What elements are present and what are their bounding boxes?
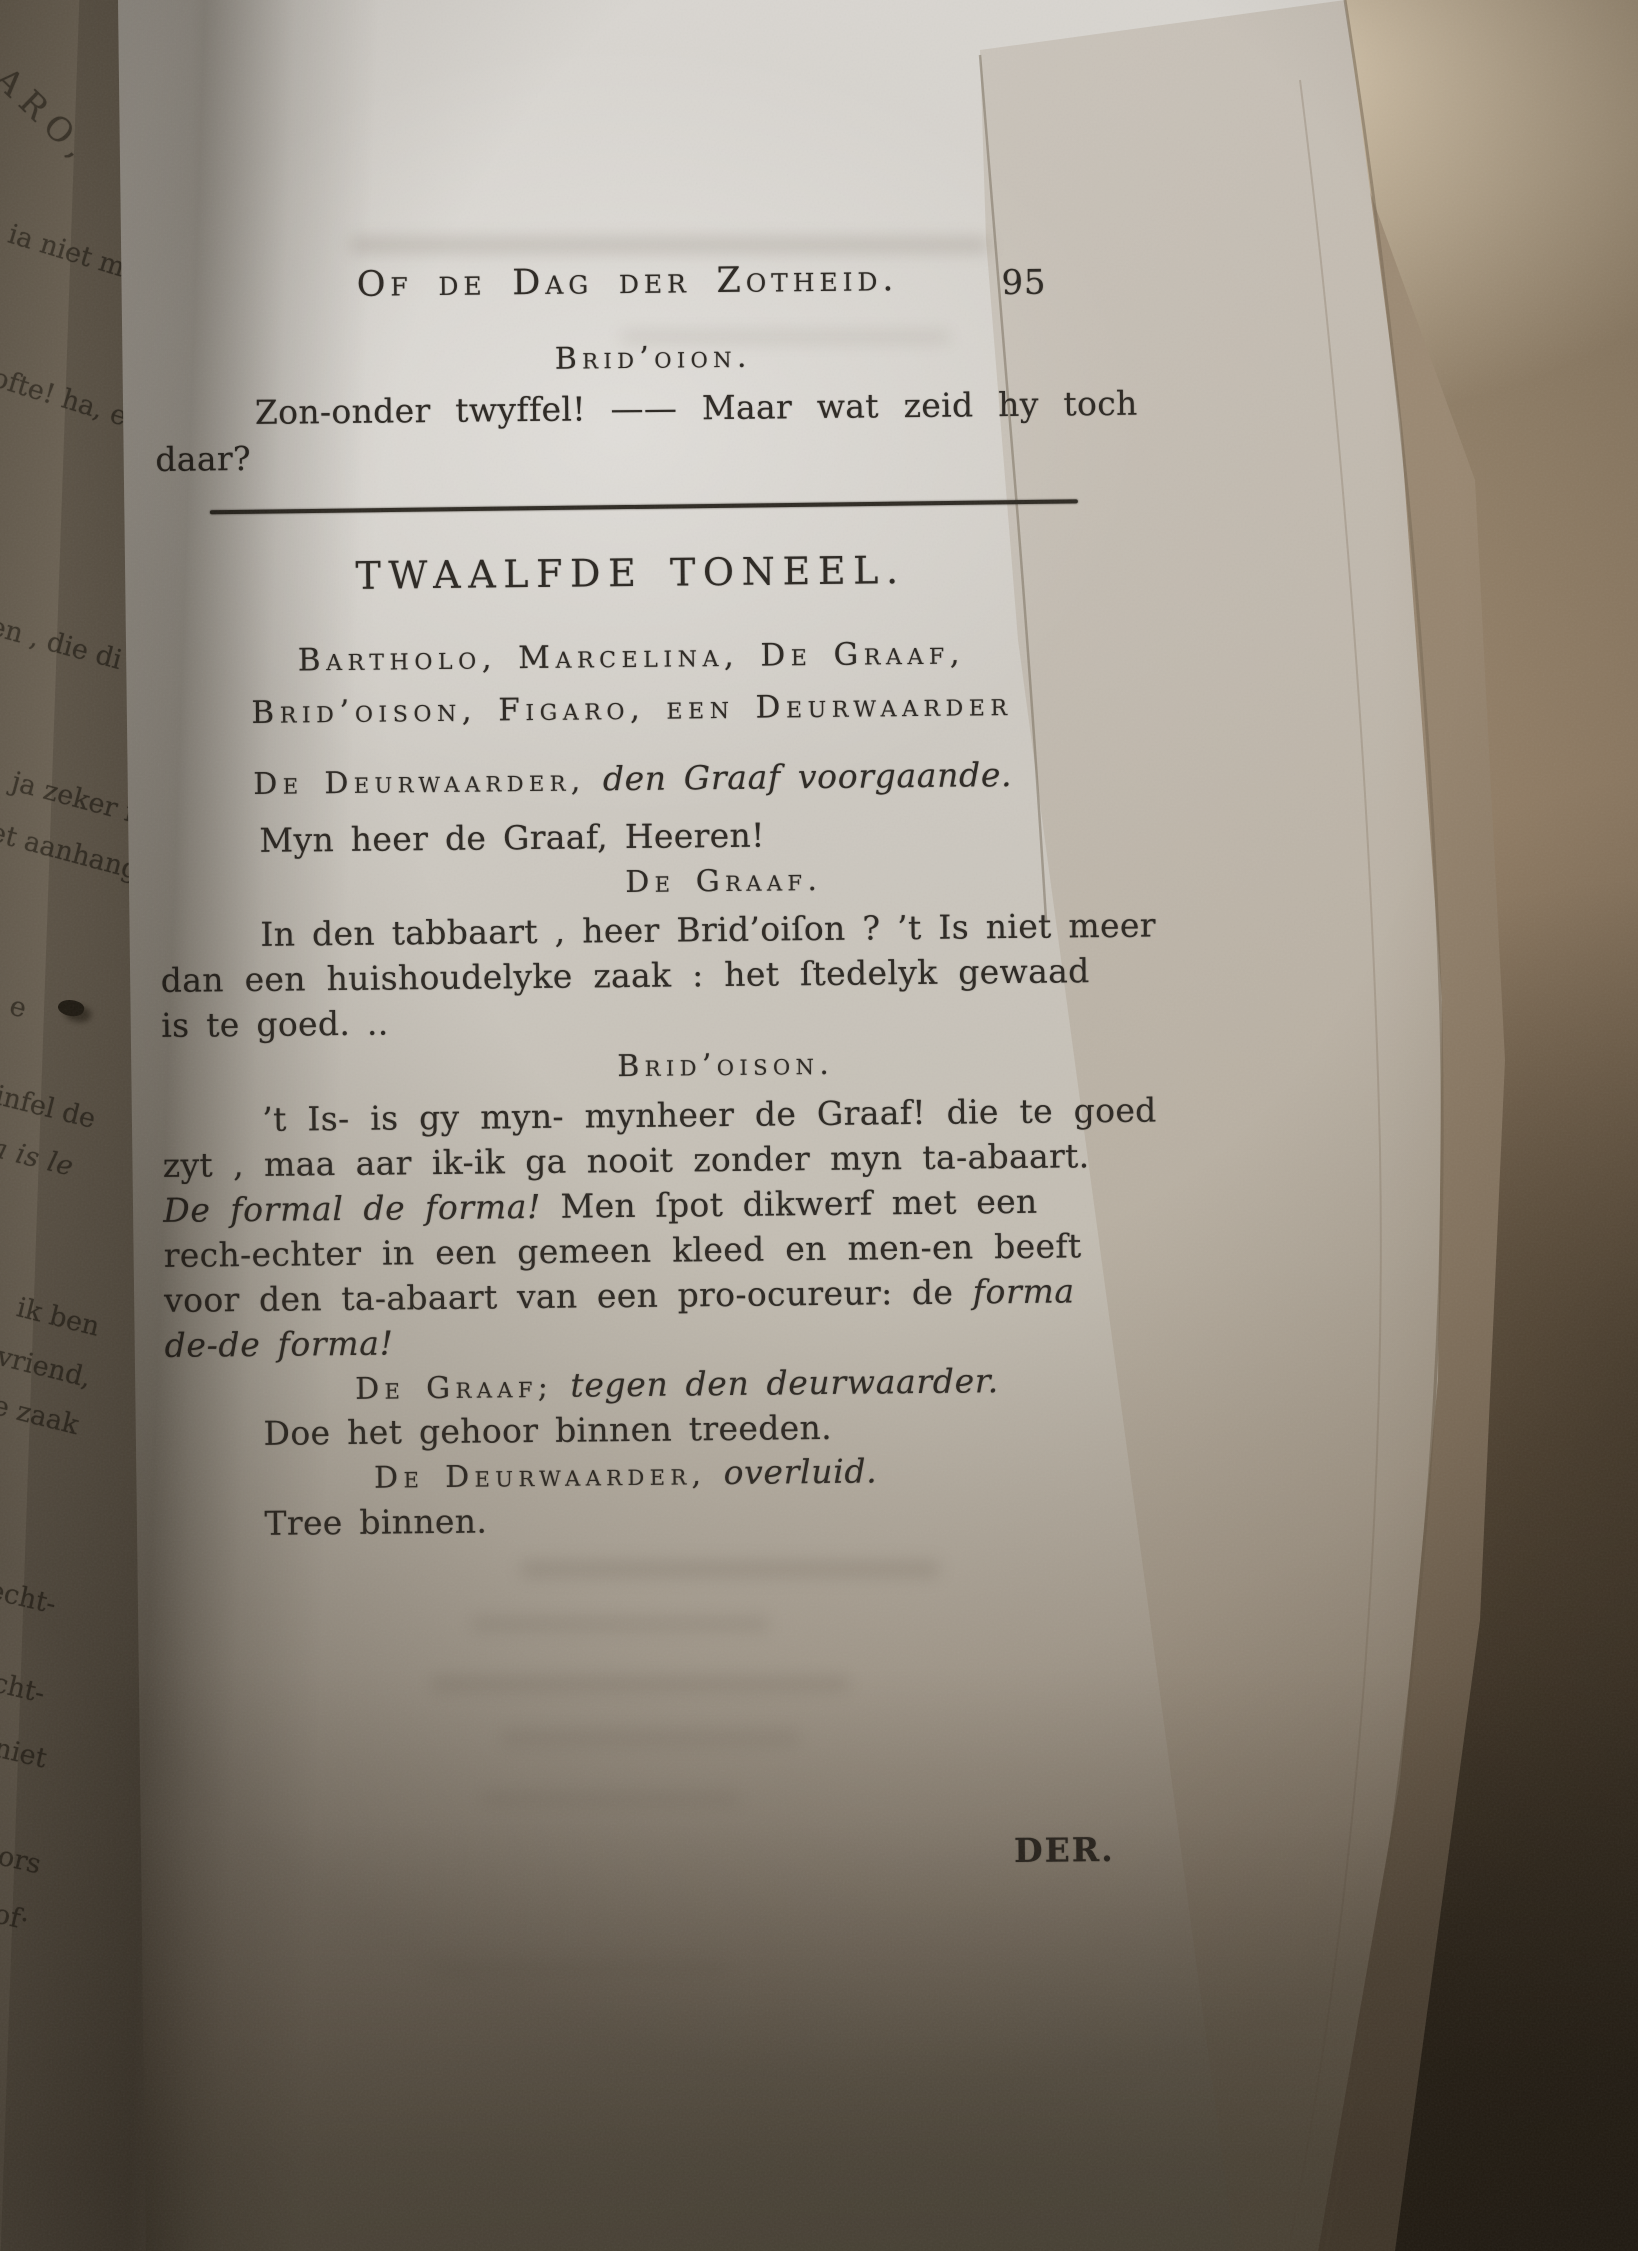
stage-direction-line: De Graaf; tegen den deurwaarder.	[355, 1359, 1303, 1407]
speaker-heading: Brid’oison.	[252, 1044, 1200, 1088]
dialogue-line: Myn heer de Graaf, Heeren!	[159, 813, 1107, 861]
stage-direction: den Graaf voorgaande.	[586, 755, 1013, 798]
printed-text: Of de Dag der Zotheid. 95 Brid’oion. Zon…	[0, 0, 1638, 2251]
dialogue-line: zyt , maa aar ik-ik ga nooit zonder myn …	[163, 1137, 1111, 1185]
stage-direction: overluid.	[706, 1451, 877, 1492]
dialogue-line: In den tabbaart , heer Brid’oiſon ? ’t I…	[160, 907, 1108, 955]
speaker-heading: De Graaf.	[250, 860, 1198, 904]
dialogue-line: ’t Is- is gy myn- mynheer de Graaf! die …	[162, 1092, 1110, 1140]
stage-direction: tegen den deurwaarder.	[553, 1361, 999, 1405]
dialogue-line: voor den ta-abaart van een pro-ocureur: …	[164, 1272, 1112, 1320]
cast-line: Brid’oison, Figaro, een Deurwaarder	[158, 687, 1106, 733]
dialogue-line: dan een huishoudelyke zaak : het ſtedely…	[161, 952, 1109, 1000]
stage-direction-line: De Deurwaarder, overluid.	[374, 1448, 1322, 1496]
section-rule	[210, 499, 1078, 514]
dialogue-line: Doe het gehoor binnen treeden.	[263, 1405, 1211, 1453]
dialogue-line: rech-echter in een gemeen kleed en men-e…	[164, 1227, 1112, 1275]
dialogue-text: Men ſpot dikwerf met een	[541, 1182, 1038, 1226]
running-header: Of de Dag der Zotheid.	[153, 257, 1101, 307]
dialogue-line: daar?	[155, 431, 1103, 479]
cast-line: Bartholo, Marcelina, De Graaf,	[157, 635, 1105, 681]
emphasis-text: forma	[972, 1271, 1075, 1311]
dialogue-text: voor den ta-abaart van een pro-ocureur: …	[164, 1272, 973, 1319]
dialogue-line: de-de forma!	[164, 1317, 1112, 1365]
stage-direction-line: De Deurwaarder, den Graaf voorgaande.	[159, 755, 1107, 803]
catchword: DER.	[1014, 1830, 1234, 1870]
page-number: 95	[1001, 263, 1121, 303]
speaker-heading: Brid’oion.	[179, 337, 1127, 381]
speaker-name: De Graaf;	[355, 1370, 554, 1407]
dialogue-line: Tree binnen.	[264, 1495, 1212, 1543]
dialogue-line: De formal de forma! Men ſpot dikwerf met…	[163, 1182, 1111, 1230]
stage-direction: De formal de forma!	[163, 1187, 541, 1230]
scene-title: TWAALFDE TONEEL.	[156, 547, 1104, 601]
speaker-name: De Deurwaarder,	[253, 763, 586, 801]
dialogue-line: Zon-onder twyffel! —— Maar wat zeid hy t…	[155, 385, 1103, 433]
dialogue-line: is te goed. ..	[161, 997, 1109, 1045]
speaker-name: De Deurwaarder,	[374, 1457, 707, 1495]
